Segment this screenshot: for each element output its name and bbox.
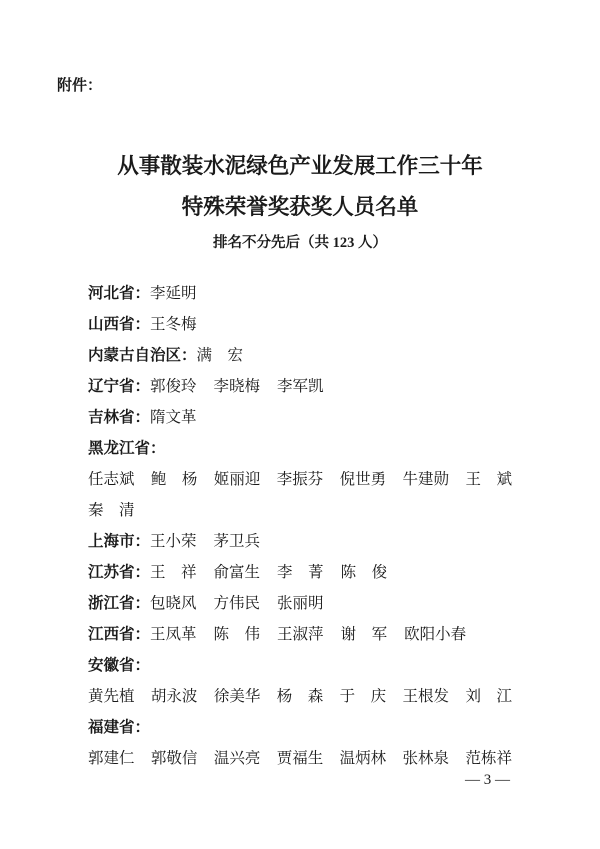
person-name: 俞富生 — [214, 560, 261, 582]
names-group: 郭建仁 郭敬信 温兴亮 贾福生 温炳林 张林泉 范栋祥 — [88, 746, 512, 768]
document-title-line1: 从事散装水泥绿色产业发展工作三十年 — [0, 152, 600, 180]
person-name: 姬丽迎 — [214, 467, 261, 489]
person-name: 黄先植 — [88, 684, 135, 706]
names-group: 王凤革 陈 伟 王淑萍 谢 军 欧阳小春 — [150, 622, 466, 644]
page-number: — 3 — — [465, 771, 510, 789]
person-name: 谢 军 — [341, 622, 388, 644]
names-group: 秦 清 — [88, 498, 135, 520]
province-label: 吉林省： — [88, 405, 150, 427]
province-label: 江苏省： — [88, 560, 150, 582]
person-name: 李军凯 — [277, 374, 324, 396]
person-name: 范栋祥 — [465, 746, 512, 768]
person-name: 郭建仁 — [88, 746, 135, 768]
attachment-label: 附件： — [57, 77, 102, 95]
province-label: 上海市： — [88, 529, 150, 551]
province-label: 浙江省： — [88, 591, 150, 613]
names-group: 隋文革 — [150, 405, 197, 427]
person-name: 方伟民 — [214, 591, 261, 613]
names-group: 郭俊玲 李晓梅 李军凯 — [150, 374, 324, 396]
document-title-line2: 特殊荣誉奖获奖人员名单 — [0, 193, 600, 221]
list-row-zhejiang: 浙江省： 包晓风 方伟民 张丽明 — [88, 586, 512, 617]
person-name: 满 宏 — [197, 343, 244, 365]
document-subtitle: 排名不分先后（共 123 人） — [0, 234, 600, 252]
list-row-fujian: 福建省： — [88, 710, 512, 741]
person-name: 温炳林 — [340, 746, 387, 768]
person-name: 茅卫兵 — [214, 529, 261, 551]
person-name: 欧阳小春 — [404, 622, 466, 644]
province-label: 内蒙古自治区： — [88, 343, 197, 365]
person-name: 徐美华 — [214, 684, 261, 706]
person-name: 王小荣 — [150, 529, 197, 551]
list-row-heilongjiang: 黑龙江省： — [88, 431, 512, 462]
person-name: 李延明 — [150, 281, 197, 303]
list-row-hebei: 河北省： 李延明 — [88, 276, 512, 307]
names-group: 满 宏 — [197, 343, 244, 365]
person-name: 王冬梅 — [150, 312, 197, 334]
names-group: 王 祥 俞富生 李 菁 陈 俊 — [150, 560, 387, 582]
person-name: 于 庆 — [340, 684, 387, 706]
person-name: 秦 清 — [88, 498, 135, 520]
person-name: 郭敬信 — [151, 746, 198, 768]
list-row-heilongjiang-names-2: 秦 清 — [88, 493, 512, 524]
person-name: 陈 俊 — [341, 560, 388, 582]
person-name: 隋文革 — [150, 405, 197, 427]
person-name: 任志斌 — [88, 467, 135, 489]
person-name: 王凤革 — [150, 622, 197, 644]
province-label: 福建省： — [88, 715, 150, 737]
province-label: 辽宁省： — [88, 374, 150, 396]
list-row-anhui: 安徽省： — [88, 648, 512, 679]
list-row-jilin: 吉林省： 隋文革 — [88, 400, 512, 431]
names-group: 包晓风 方伟民 张丽明 — [150, 591, 324, 613]
person-name: 胡永波 — [151, 684, 198, 706]
person-name: 倪世勇 — [340, 467, 387, 489]
document-page: 附件： 从事散装水泥绿色产业发展工作三十年 特殊荣誉奖获奖人员名单 排名不分先后… — [0, 0, 600, 849]
names-group: 王冬梅 — [150, 312, 197, 334]
list-row-neimenggu: 内蒙古自治区： 满 宏 — [88, 338, 512, 369]
person-name: 李 菁 — [277, 560, 324, 582]
award-recipient-list: 河北省： 李延明 山西省： 王冬梅 内蒙古自治区： 满 宏 辽宁省： 郭俊玲 李… — [88, 276, 512, 772]
province-label: 安徽省： — [88, 653, 150, 675]
person-name: 李晓梅 — [214, 374, 261, 396]
names-group: 王小荣 茅卫兵 — [150, 529, 260, 551]
province-label: 河北省： — [88, 281, 150, 303]
list-row-fujian-names: 郭建仁 郭敬信 温兴亮 贾福生 温炳林 张林泉 范栋祥 — [88, 741, 512, 772]
list-row-jiangsu: 江苏省： 王 祥 俞富生 李 菁 陈 俊 — [88, 555, 512, 586]
person-name: 王 斌 — [465, 467, 512, 489]
list-row-jiangxi: 江西省： 王凤革 陈 伟 王淑萍 谢 军 欧阳小春 — [88, 617, 512, 648]
person-name: 贾福生 — [277, 746, 324, 768]
person-name: 牛建勋 — [403, 467, 450, 489]
province-label: 山西省： — [88, 312, 150, 334]
person-name: 陈 伟 — [214, 622, 261, 644]
person-name: 王淑萍 — [277, 622, 324, 644]
province-label: 江西省： — [88, 622, 150, 644]
person-name: 温兴亮 — [214, 746, 261, 768]
person-name: 张丽明 — [277, 591, 324, 613]
names-group: 任志斌 鲍 杨 姬丽迎 李振芬 倪世勇 牛建勋 王 斌 — [88, 467, 512, 489]
list-row-heilongjiang-names: 任志斌 鲍 杨 姬丽迎 李振芬 倪世勇 牛建勋 王 斌 — [88, 462, 512, 493]
person-name: 张林泉 — [403, 746, 450, 768]
names-group: 黄先植 胡永波 徐美华 杨 森 于 庆 王根发 刘 江 — [88, 684, 512, 706]
names-group: 李延明 — [150, 281, 197, 303]
person-name: 王 祥 — [150, 560, 197, 582]
province-label: 黑龙江省： — [88, 436, 166, 458]
person-name: 刘 江 — [465, 684, 512, 706]
person-name: 李振芬 — [277, 467, 324, 489]
list-row-shanghai: 上海市： 王小荣 茅卫兵 — [88, 524, 512, 555]
list-row-anhui-names: 黄先植 胡永波 徐美华 杨 森 于 庆 王根发 刘 江 — [88, 679, 512, 710]
person-name: 包晓风 — [150, 591, 197, 613]
list-row-liaoning: 辽宁省： 郭俊玲 李晓梅 李军凯 — [88, 369, 512, 400]
person-name: 杨 森 — [277, 684, 324, 706]
person-name: 王根发 — [403, 684, 450, 706]
person-name: 鲍 杨 — [151, 467, 198, 489]
person-name: 郭俊玲 — [150, 374, 197, 396]
list-row-shanxi: 山西省： 王冬梅 — [88, 307, 512, 338]
